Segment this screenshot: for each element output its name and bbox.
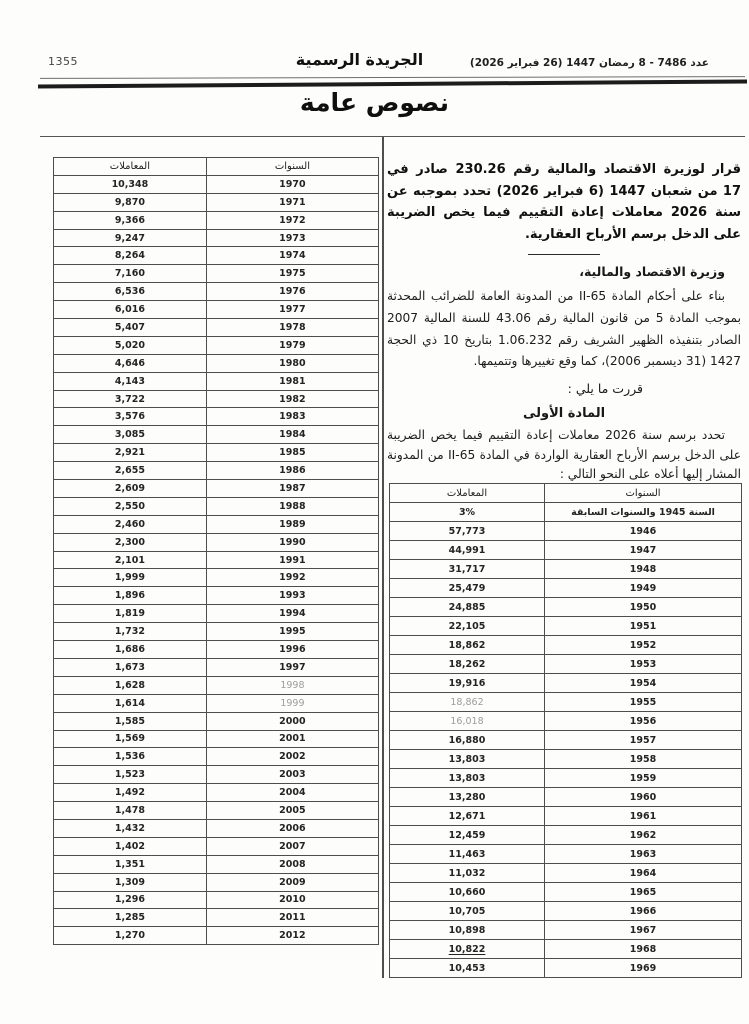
coefficient-cell: 2,300 — [54, 534, 206, 551]
year-cell: 1955 — [544, 693, 741, 711]
coefficient-cell: 10,705 — [390, 902, 544, 920]
year-cell: 1989 — [206, 516, 378, 533]
year-cell: 1954 — [544, 674, 741, 692]
year-cell: 1958 — [544, 750, 741, 768]
table-row: 19823,722 — [54, 390, 378, 408]
table-row: 196112,671 — [390, 806, 741, 825]
table-row: 19843,085 — [54, 425, 378, 443]
section-title: نصوص عامة — [0, 88, 749, 117]
coefficient-cell: 9,366 — [54, 212, 206, 229]
table-row: 19757,160 — [54, 264, 378, 282]
year-cell: 1994 — [206, 605, 378, 622]
coefficient-cell: 12,671 — [390, 807, 544, 825]
year-cell: 1966 — [544, 902, 741, 920]
year-cell: 1990 — [206, 534, 378, 551]
table-row: 196212,459 — [390, 825, 741, 844]
year-cell: 1948 — [544, 560, 741, 578]
table-row: 19862,655 — [54, 461, 378, 479]
year-cell: 1965 — [544, 883, 741, 901]
coefficient-cell: 11,463 — [390, 845, 544, 863]
article-one-title: المادة الأولى — [387, 404, 741, 423]
decree-heading: قرار لوزيرة الاقتصاد والمالية رقم 230.26… — [387, 159, 741, 245]
table-row: 19785,407 — [54, 318, 378, 336]
coefficient-cell: 11,032 — [390, 864, 544, 882]
table-row: 20121,270 — [54, 926, 378, 944]
year-cell: 2006 — [206, 820, 378, 837]
table-row: 19931,896 — [54, 586, 378, 604]
year-cell: 2004 — [206, 784, 378, 801]
article-one-body: تحدد برسم سنة 2026 معاملات إعادة التقييم… — [387, 426, 741, 485]
year-cell: 1946 — [544, 522, 741, 540]
table-row: 19766,536 — [54, 282, 378, 300]
year-cell: 2008 — [206, 856, 378, 873]
year-cell: 2003 — [206, 766, 378, 783]
table-row: 19981,628 — [54, 676, 378, 694]
year-cell: 2002 — [206, 748, 378, 765]
table-row: 19991,614 — [54, 694, 378, 712]
year-cell: 1964 — [544, 864, 741, 882]
table-row: 19804,646 — [54, 354, 378, 372]
header-rule-thin — [40, 76, 745, 79]
coefficient-cell: 22,105 — [390, 617, 544, 635]
year-cell: 1993 — [206, 587, 378, 604]
coefficient-cell: 1,309 — [54, 874, 206, 891]
decree-decision-intro: قررت ما يلي : — [387, 379, 741, 398]
coefficient-cell: 1,523 — [54, 766, 206, 783]
coefficient-cell: 1,628 — [54, 677, 206, 694]
year-cell: 1947 — [544, 541, 741, 559]
year-cell: 2011 — [206, 909, 378, 926]
table-row: 19882,550 — [54, 497, 378, 515]
coefficient-cell: 1,896 — [54, 587, 206, 604]
table-row: 195024,885 — [390, 597, 741, 616]
coefficient-cell: 18,862 — [390, 693, 544, 711]
decree-text-column: قرار لوزيرة الاقتصاد والمالية رقم 230.26… — [387, 149, 741, 485]
coefficient-cell: 44,991 — [390, 541, 544, 559]
coefficient-cell: 1,402 — [54, 838, 206, 855]
issue-info: عدد 7486 - 8 رمضان 1447 (26 فبراير 2026) — [470, 57, 709, 69]
table-row: 196013,280 — [390, 787, 741, 806]
table-row: 195913,803 — [390, 768, 741, 787]
table-row: 20071,402 — [54, 837, 378, 855]
coefficient-cell: 2,101 — [54, 552, 206, 569]
coefficient-cell: 2,921 — [54, 444, 206, 461]
coefficient-cell: 16,880 — [390, 731, 544, 749]
year-cell: 1978 — [206, 319, 378, 336]
coefficient-cell: 3,722 — [54, 391, 206, 408]
section-title-rule — [40, 136, 745, 137]
year-cell: 1956 — [544, 712, 741, 730]
table-row: 20031,523 — [54, 765, 378, 783]
year-cell: 1971 — [206, 194, 378, 211]
table-row: 19951,732 — [54, 622, 378, 640]
decree-preamble: بناء على أحكام المادة 65-II من المدونة ا… — [387, 286, 741, 373]
coefficients-column-header: المعاملات — [390, 484, 544, 502]
coefficient-cell: 13,803 — [390, 750, 544, 768]
table-row: 196311,463 — [390, 844, 741, 863]
coefficient-cell: 57,773 — [390, 522, 544, 540]
table-row: 19814,143 — [54, 372, 378, 390]
table-row: 195318,262 — [390, 654, 741, 673]
coefficient-cell: 1,536 — [54, 748, 206, 765]
table-row: 196810,822 — [390, 939, 741, 958]
table-row: 19941,819 — [54, 604, 378, 622]
coefficient-cell: 6,016 — [54, 301, 206, 318]
year-cell: 2010 — [206, 892, 378, 909]
year-cell: 1991 — [206, 552, 378, 569]
table-row: 20021,536 — [54, 747, 378, 765]
year-cell: السنة 1945 والسنوات السابقة — [544, 503, 741, 521]
year-cell: 1984 — [206, 426, 378, 443]
table-row: السنة 1945 والسنوات السابقة3% — [390, 502, 741, 521]
table-row: 195813,803 — [390, 749, 741, 768]
coefficient-cell: 10,660 — [390, 883, 544, 901]
coefficient-cell: 1,478 — [54, 802, 206, 819]
coefficient-cell: 1,270 — [54, 927, 206, 944]
coefficient-cell: 3,085 — [54, 426, 206, 443]
table-row: 194925,479 — [390, 578, 741, 597]
column-separator — [382, 137, 384, 978]
coefficient-cell: 1,351 — [54, 856, 206, 873]
coefficient-cell: 31,717 — [390, 560, 544, 578]
table-header-row: السنوات المعاملات — [54, 158, 378, 175]
coefficient-cell: 1,614 — [54, 695, 206, 712]
year-cell: 1983 — [206, 408, 378, 425]
year-cell: 1970 — [206, 176, 378, 193]
table-row: 19892,460 — [54, 515, 378, 533]
year-cell: 1973 — [206, 230, 378, 247]
gazette-page: 1355 الجريدة الرسمية عدد 7486 - 8 رمضان … — [0, 0, 749, 1024]
year-cell: 1988 — [206, 498, 378, 515]
coefficient-cell: 19,916 — [390, 674, 544, 692]
table-row: 196411,032 — [390, 863, 741, 882]
table-header-row: السنوات المعاملات — [390, 484, 741, 502]
table-row: 19719,870 — [54, 193, 378, 211]
year-cell: 1976 — [206, 283, 378, 300]
coefficient-cell: 4,143 — [54, 373, 206, 390]
year-cell: 1992 — [206, 569, 378, 586]
year-cell: 2009 — [206, 874, 378, 891]
coefficient-cell: 1,819 — [54, 605, 206, 622]
table-row: 20061,432 — [54, 819, 378, 837]
year-cell: 2012 — [206, 927, 378, 944]
table-row: 19912,101 — [54, 551, 378, 569]
table-row: 19872,609 — [54, 479, 378, 497]
year-cell: 1952 — [544, 636, 741, 654]
table-row: 195716,880 — [390, 730, 741, 749]
coefficient-cell: 10,822 — [390, 940, 544, 958]
year-cell: 1959 — [544, 769, 741, 787]
year-cell: 1981 — [206, 373, 378, 390]
year-cell: 1977 — [206, 301, 378, 318]
coefficients-table-1970-2012: السنوات المعاملات 197010,34819719,870197… — [53, 157, 379, 945]
table-row: 20051,478 — [54, 801, 378, 819]
table-row: 194831,717 — [390, 559, 741, 578]
coefficient-cell: 18,862 — [390, 636, 544, 654]
table-row: 20081,351 — [54, 855, 378, 873]
coefficient-cell: 3,576 — [54, 408, 206, 425]
coefficient-cell: 9,247 — [54, 230, 206, 247]
table-row: 19748,264 — [54, 246, 378, 264]
table-body: السنة 1945 والسنوات السابقة3%194657,7731… — [390, 502, 741, 977]
year-cell: 1997 — [206, 659, 378, 676]
table-row: 20041,492 — [54, 783, 378, 801]
year-cell: 1985 — [206, 444, 378, 461]
years-column-header: السنوات — [544, 484, 741, 502]
coefficient-cell: 5,020 — [54, 337, 206, 354]
table-row: 195122,105 — [390, 616, 741, 635]
table-row: 19729,366 — [54, 211, 378, 229]
year-cell: 1980 — [206, 355, 378, 372]
table-row: 19921,999 — [54, 568, 378, 586]
coefficient-cell: 13,803 — [390, 769, 544, 787]
coefficient-cell: 6,536 — [54, 283, 206, 300]
coefficient-cell: 1,296 — [54, 892, 206, 909]
coefficient-cell: 1,285 — [54, 909, 206, 926]
table-row: 19795,020 — [54, 336, 378, 354]
table-body: 197010,34819719,87019729,36619739,247197… — [54, 175, 378, 944]
year-cell: 2007 — [206, 838, 378, 855]
coefficient-cell: 1,732 — [54, 623, 206, 640]
table-row: 19961,686 — [54, 640, 378, 658]
table-row: 20091,309 — [54, 873, 378, 891]
coefficient-cell: 2,550 — [54, 498, 206, 515]
table-row: 195419,916 — [390, 673, 741, 692]
coefficient-cell: 10,898 — [390, 921, 544, 939]
table-row: 20101,296 — [54, 891, 378, 909]
year-cell: 1951 — [544, 617, 741, 635]
year-cell: 1969 — [544, 959, 741, 977]
table-row: 196710,898 — [390, 920, 741, 939]
coefficient-cell: 7,160 — [54, 265, 206, 282]
table-row: 197010,348 — [54, 175, 378, 193]
coefficient-cell: 2,460 — [54, 516, 206, 533]
table-row: 196610,705 — [390, 901, 741, 920]
table-row: 194657,773 — [390, 521, 741, 540]
table-row: 20011,569 — [54, 730, 378, 748]
year-cell: 1963 — [544, 845, 741, 863]
coefficient-cell: 3% — [390, 503, 544, 521]
year-cell: 1953 — [544, 655, 741, 673]
header-rule-thick — [38, 80, 747, 88]
table-row: 196510,660 — [390, 882, 741, 901]
table-row: 196910,453 — [390, 958, 741, 977]
table-row: 194744,991 — [390, 540, 741, 559]
year-cell: 2000 — [206, 713, 378, 730]
year-cell: 1950 — [544, 598, 741, 616]
table-row: 195616,018 — [390, 711, 741, 730]
year-cell: 1982 — [206, 391, 378, 408]
year-cell: 1998 — [206, 677, 378, 694]
year-cell: 1960 — [544, 788, 741, 806]
coefficient-cell: 5,407 — [54, 319, 206, 336]
year-cell: 1999 — [206, 695, 378, 712]
coefficients-column-header: المعاملات — [54, 158, 206, 175]
year-cell: 2005 — [206, 802, 378, 819]
coefficient-cell: 24,885 — [390, 598, 544, 616]
coefficient-cell: 18,262 — [390, 655, 544, 673]
table-row: 19833,576 — [54, 407, 378, 425]
coefficient-cell: 13,280 — [390, 788, 544, 806]
coefficients-table-1945-1969: السنوات المعاملات السنة 1945 والسنوات ال… — [389, 483, 742, 978]
year-cell: 1962 — [544, 826, 741, 844]
decree-authority: وزيرة الاقتصاد والمالية، — [387, 262, 741, 281]
year-cell: 1974 — [206, 247, 378, 264]
table-row: 195518,862 — [390, 692, 741, 711]
year-cell: 1957 — [544, 731, 741, 749]
coefficient-cell: 1,569 — [54, 731, 206, 748]
coefficient-cell: 1,585 — [54, 713, 206, 730]
year-cell: 1975 — [206, 265, 378, 282]
year-cell: 2001 — [206, 731, 378, 748]
table-row: 20001,585 — [54, 712, 378, 730]
year-cell: 1996 — [206, 641, 378, 658]
year-cell: 1949 — [544, 579, 741, 597]
coefficient-cell: 16,018 — [390, 712, 544, 730]
coefficient-cell: 4,646 — [54, 355, 206, 372]
year-cell: 1995 — [206, 623, 378, 640]
coefficient-cell: 1,673 — [54, 659, 206, 676]
table-row: 19776,016 — [54, 300, 378, 318]
year-cell: 1979 — [206, 337, 378, 354]
table-row: 195218,862 — [390, 635, 741, 654]
table-row: 19971,673 — [54, 658, 378, 676]
year-cell: 1987 — [206, 480, 378, 497]
table-row: 19852,921 — [54, 443, 378, 461]
coefficient-cell: 12,459 — [390, 826, 544, 844]
year-cell: 1961 — [544, 807, 741, 825]
table-row: 19739,247 — [54, 229, 378, 247]
decree-divider — [528, 254, 600, 255]
year-cell: 1972 — [206, 212, 378, 229]
coefficient-cell: 10,453 — [390, 959, 544, 977]
years-column-header: السنوات — [206, 158, 378, 175]
year-cell: 1968 — [544, 940, 741, 958]
year-cell: 1967 — [544, 921, 741, 939]
coefficient-cell: 1,492 — [54, 784, 206, 801]
coefficient-cell: 1,432 — [54, 820, 206, 837]
coefficient-cell: 25,479 — [390, 579, 544, 597]
coefficient-cell: 1,999 — [54, 569, 206, 586]
coefficient-cell: 10,348 — [54, 176, 206, 193]
coefficient-cell: 2,655 — [54, 462, 206, 479]
table-row: 19902,300 — [54, 533, 378, 551]
coefficient-cell: 8,264 — [54, 247, 206, 264]
coefficient-cell: 9,870 — [54, 194, 206, 211]
coefficient-cell: 2,609 — [54, 480, 206, 497]
table-row: 20111,285 — [54, 908, 378, 926]
coefficient-cell: 1,686 — [54, 641, 206, 658]
year-cell: 1986 — [206, 462, 378, 479]
